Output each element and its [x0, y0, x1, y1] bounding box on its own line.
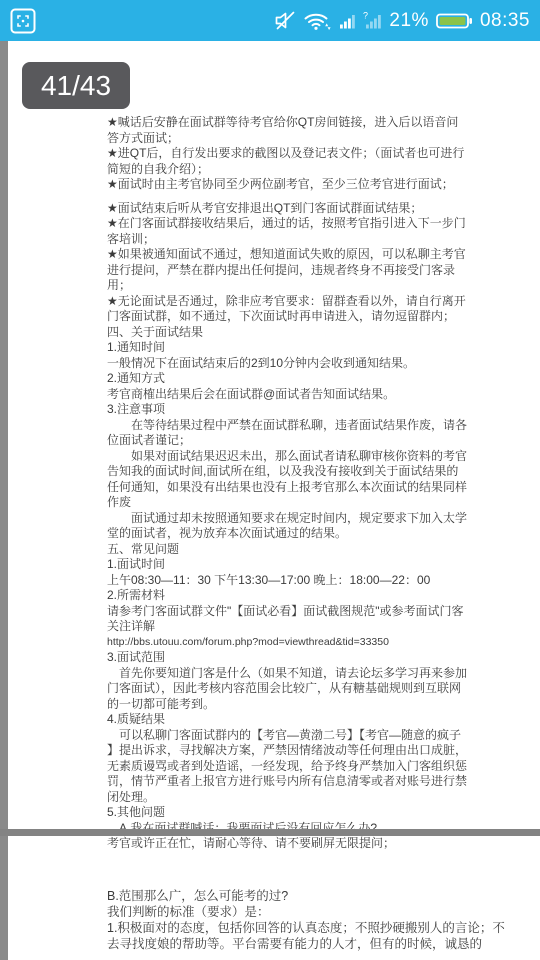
paragraph: 一般情况下在面试结束后的2到10分钟内会收到通知结果。 [107, 356, 467, 372]
paragraph: 1.通知时间 [107, 340, 467, 356]
paragraph: ★无论面试是否通过，除非应考官要求：留群查看以外，请自行离开门客面试群，如不通过… [107, 294, 467, 325]
paragraph: ★进QT后，自行发出要求的截图以及登记表文件；（面试者也可进行简短的自我介绍）； [107, 146, 467, 177]
paragraph: http://bbs.utouu.com/forum.php?mod=viewt… [107, 635, 467, 651]
paragraph: 考官商榷出结果后会在面试群@面试者告知面试结果。 [107, 387, 467, 403]
paragraph: 4.质疑结果 [107, 712, 467, 728]
paragraph: 可以私聊门客面试群内的【考官—黄渤二号】【考官—随意的疯子 】提出诉求，寻找解决… [107, 728, 467, 806]
current-page-text: ★喊话后安静在面试群等待考官给你QT房间链接，进入后以语音问答方式面试；★进QT… [107, 115, 467, 852]
signal-no-service-icon: ? [363, 11, 382, 30]
paragraph: 四、关于面试结果 [107, 325, 467, 341]
paragraph: B.范围那么广，怎么可能考的过? [107, 888, 507, 904]
paragraph: 1.面试时间 [107, 557, 467, 573]
sim2-question-glyph: ? [363, 11, 368, 21]
battery-percent: 21% [389, 0, 429, 41]
paragraph: 如果对面试结果迟迟未出，那么面试者请私聊审核你资料的考官告知我的面试时间,面试所… [107, 449, 467, 511]
battery-icon [436, 12, 473, 30]
paragraph: 5.其他问题 [107, 805, 467, 821]
paragraph: 首先你要知道门客是什么（如果不知道，请去论坛多学习再来参加门客面试），因此考核内… [107, 666, 467, 713]
paragraph: 我们判断的标准（要求）是： [107, 904, 507, 920]
paragraph: 考官或许正在忙，请耐心等待、请不要刷屏无限提问； [107, 836, 467, 852]
paragraph: 2.通知方式 [107, 371, 467, 387]
signal-strength-icon [339, 11, 356, 30]
paragraph: 上午08:30—11：30 下午13:30—17:00 晚上：18:00—22：… [107, 573, 467, 589]
document-viewer[interactable]: ★喊话后安静在面试群等待考官给你QT房间链接，进入后以语音问答方式面试；★进QT… [0, 41, 540, 960]
paragraph: 在等待结果过程中严禁在面试群私聊，违者面试结果作废，请各位面试者谨记； [107, 418, 467, 449]
paragraph: 2.所需材料 [107, 588, 467, 604]
screenshot-frame-icon [10, 8, 36, 34]
page-indicator-badge: 41/43 [22, 62, 130, 109]
page-edge-strip [0, 41, 8, 960]
wifi-icon [303, 10, 332, 31]
paragraph: ★喊话后安静在面试群等待考官给你QT房间链接，进入后以语音问答方式面试； [107, 115, 467, 146]
status-bar: ? 21% 08:35 [0, 0, 540, 41]
paragraph: ★在门客面试群接收结果后，通过的话，按照考官指引进入下一步门客培训； [107, 216, 467, 247]
phone-screen: ? 21% 08:35 ★喊话后安静在面试群等待考官给你QT房间链接，进入后 [0, 0, 540, 960]
paragraph: 请参考门客面试群文件"【面试必看】面试截图规范"或参考面试门客关注详解 [107, 604, 467, 635]
paragraph: ★如果被通知面试不通过，想知道面试失败的原因，可以私聊主考官进行提问，严禁在群内… [107, 247, 467, 294]
mute-icon [273, 10, 296, 31]
paragraph: 五、常见问题 [107, 542, 467, 558]
paragraph: 面试通过却未按照通知要求在规定时间内，规定要求下加入太学堂的面试者，视为放弃本次… [107, 511, 467, 542]
paragraph: 3.面试范围 [107, 650, 467, 666]
paragraph: 3.注意事项 [107, 402, 467, 418]
paragraph: ★面试时由主考官协同至少两位副考官，至少三位考官进行面试； [107, 177, 467, 193]
page-divider [0, 829, 540, 836]
paragraph: ★面试结束后听从考官安排退出QT到门客面试群面试结果； [107, 201, 467, 217]
next-page-text: B.范围那么广，怎么可能考的过?我们判断的标准（要求）是： 1.积极面对的态度，… [107, 888, 507, 952]
clock: 08:35 [480, 0, 530, 41]
paragraph: 1.积极面对的态度，包括你回答的认真态度；不照抄硬搬别人的言论；不去寻找度娘的帮… [107, 920, 507, 952]
